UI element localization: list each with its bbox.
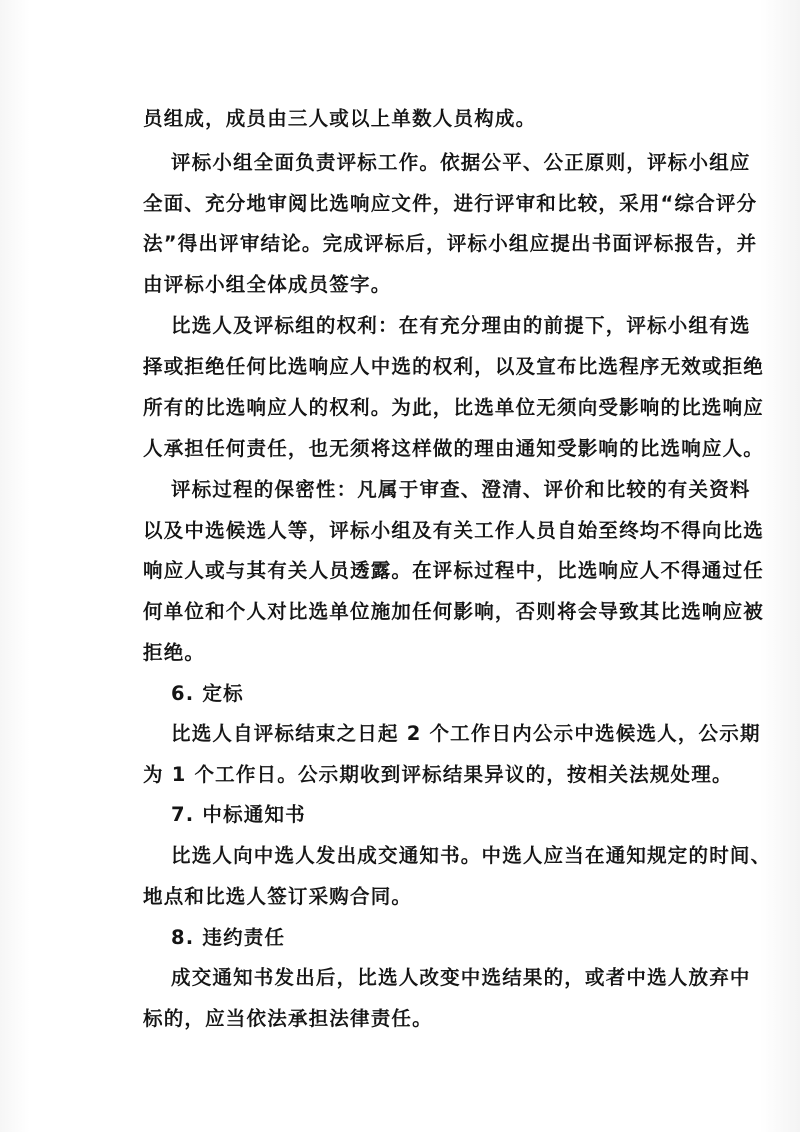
- section-heading-7: 7. 中标通知书: [171, 803, 691, 827]
- paragraph-evaluation-committee: 评标小组全面负责评标工作。依据公平、公正原则，评标小组应: [171, 151, 691, 175]
- text-line: 由评标小组全体成员签字。: [143, 273, 663, 297]
- text-line: 全面、充分地审阅比选响应文件，进行评审和比较，采用“综合评分: [143, 192, 663, 216]
- text-line: 所有的比选响应人的权利。为此，比选单位无须向受影响的比选响应: [143, 396, 663, 420]
- section-heading-8: 8. 违约责任: [171, 926, 691, 950]
- text-line: 员组成，成员由三人或以上单数人员构成。: [143, 107, 663, 131]
- text-line: 以及中选候选人等，评标小组及有关工作人员自始至终均不得向比选: [143, 519, 663, 543]
- paragraph-award: 比选人自评标结束之日起 2 个工作日内公示中选候选人，公示期: [171, 722, 691, 746]
- text-line: 择或拒绝任何比选响应人中选的权利，以及宣布比选程序无效或拒绝: [143, 355, 663, 379]
- paragraph-confidentiality: 评标过程的保密性：凡属于审查、澄清、评价和比较的有关资料: [171, 478, 691, 502]
- paragraph-rights: 比选人及评标组的权利：在有充分理由的前提下，评标小组有选: [171, 314, 691, 338]
- paragraph-notice: 比选人向中选人发出成交通知书。中选人应当在通知规定的时间、: [171, 844, 691, 868]
- text-line: 何单位和个人对比选单位施加任何影响，否则将会导致其比选响应被: [143, 600, 663, 624]
- section-heading-6: 6. 定标: [171, 682, 691, 706]
- text-line: 人承担任何责任，也无须将这样做的理由通知受影响的比选响应人。: [143, 437, 663, 461]
- text-line: 地点和比选人签订采购合同。: [143, 885, 663, 909]
- document-page: 员组成，成员由三人或以上单数人员构成。 评标小组全面负责评标工作。依据公平、公正…: [0, 0, 800, 1132]
- paragraph-liability: 成交通知书发出后，比选人改变中选结果的，或者中选人放弃中: [171, 966, 691, 990]
- text-line: 为 1 个工作日。公示期收到评标结果异议的，按相关法规处理。: [143, 763, 663, 787]
- text-line: 拒绝。: [143, 641, 663, 665]
- text-line: 法”得出评审结论。完成评标后，评标小组应提出书面评标报告，并: [143, 232, 663, 256]
- text-line: 标的，应当依法承担法律责任。: [143, 1007, 663, 1031]
- text-line: 响应人或与其有关人员透露。在评标过程中，比选响应人不得通过任: [143, 559, 663, 583]
